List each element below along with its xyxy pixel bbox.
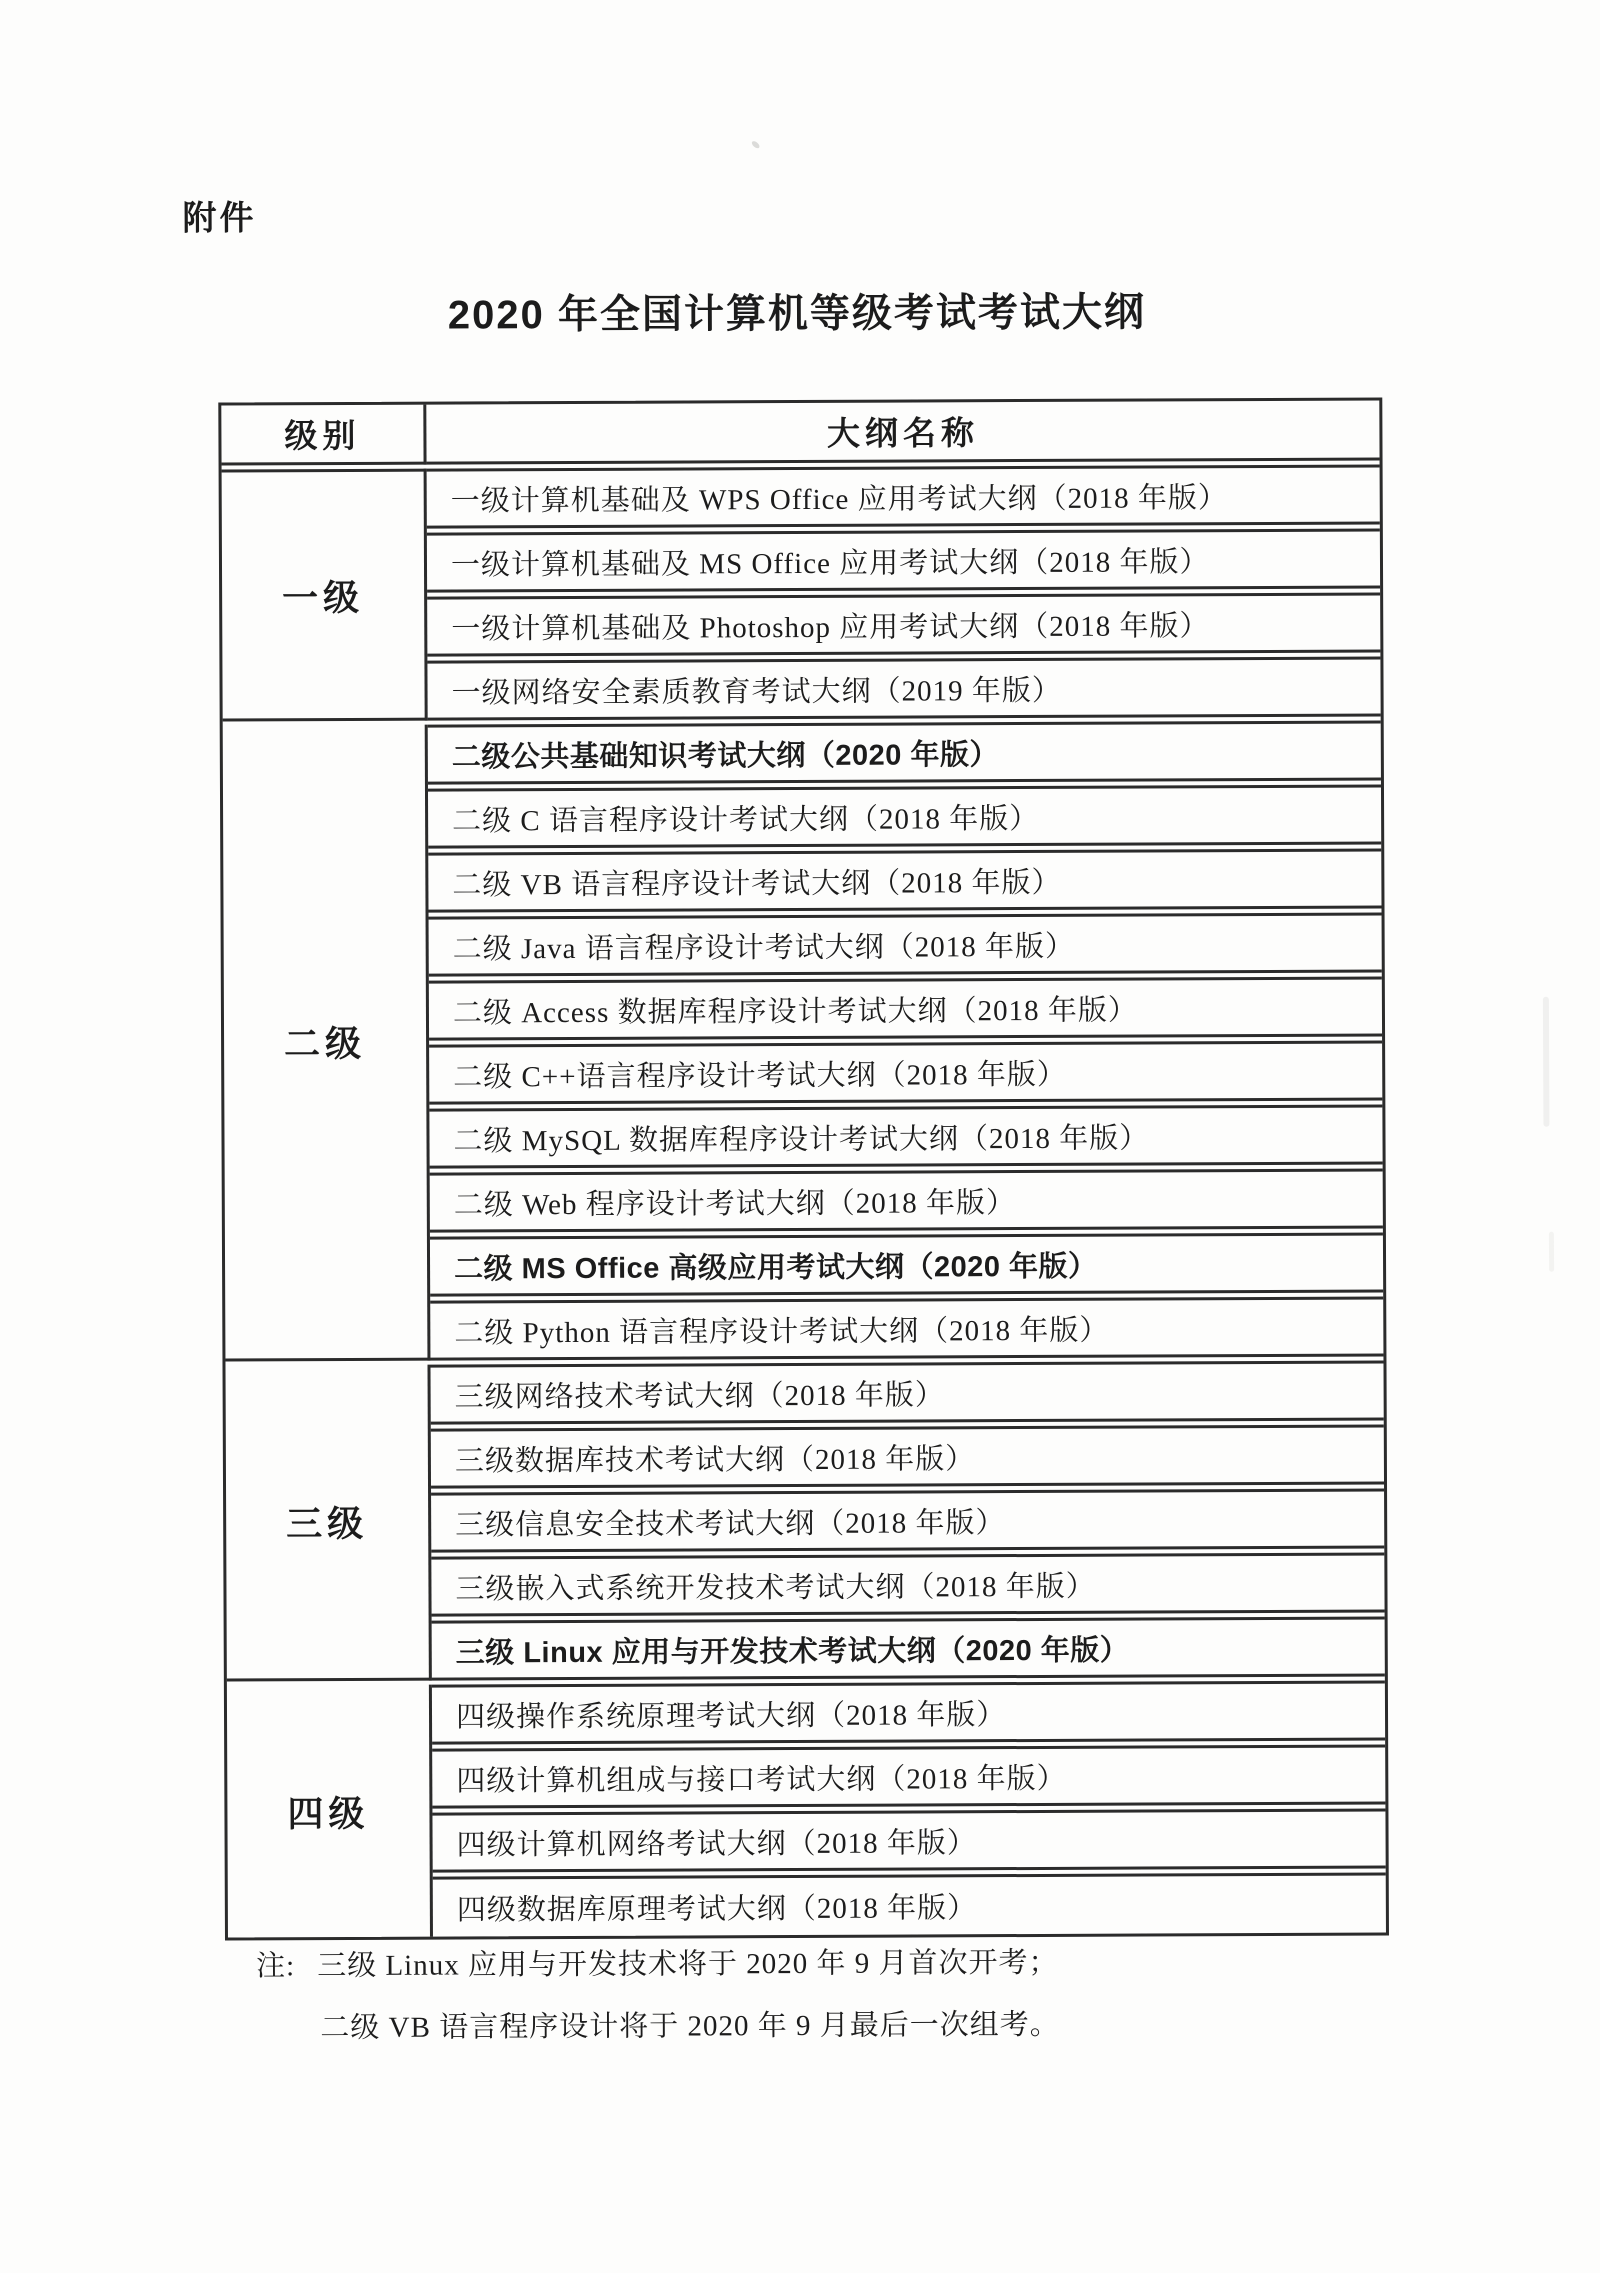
table-row: 二级 MS Office 高级应用考试大纲（2020 年版） (430, 1232, 1383, 1296)
table-row: 二级 VB 语言程序设计考试大纲（2018 年版） (428, 848, 1381, 912)
table-row: 一级网络安全素质教育考试大纲（2019 年版） (427, 656, 1380, 720)
table-row: 二级 C 语言程序设计考试大纲（2018 年版） (428, 784, 1381, 848)
table-row: 三级网络技术考试大纲（2018 年版） (430, 1360, 1383, 1424)
table-row: 一级计算机基础及 WPS Office 应用考试大纲（2018 年版） (427, 464, 1380, 528)
table-row: 一级计算机基础及 Photoshop 应用考试大纲（2018 年版） (427, 592, 1380, 656)
table-row: 三级数据库技术考试大纲（2018 年版） (431, 1424, 1384, 1488)
page-title: 2020 年全国计算机等级考试考试大纲 (0, 279, 1597, 343)
footnotes: 注:三级 Linux 应用与开发技术将于 2020 年 9 月首次开考； 二级 … (256, 1943, 1060, 2071)
table-row: 四级计算机组成与接口考试大纲（2018 年版） (432, 1744, 1385, 1808)
table-row: 四级操作系统原理考试大纲（2018 年版） (432, 1680, 1385, 1744)
scan-artifact (1543, 997, 1550, 1127)
group-label-level-3: 三级 (225, 1365, 431, 1682)
table-row: 一级计算机基础及 MS Office 应用考试大纲（2018 年版） (427, 528, 1380, 592)
syllabus-table: 级别 大纲名称 一级 一级计算机基础及 WPS Office 应用考试大纲（20… (218, 397, 1389, 1940)
table-row: 三级信息安全技术考试大纲（2018 年版） (431, 1488, 1384, 1552)
table-row: 二级 C++语言程序设计考试大纲（2018 年版） (429, 1040, 1382, 1104)
document-page: 附件 2020 年全国计算机等级考试考试大纲 级别 大纲名称 一级 一级计算机基… (0, 0, 1600, 2273)
group-label-level-1: 一级 (222, 469, 428, 722)
group-label-level-4: 四级 (227, 1685, 433, 1938)
table-row: 二级 Python 语言程序设计考试大纲（2018 年版） (430, 1296, 1383, 1360)
table-row: 四级数据库原理考试大纲（2018 年版） (433, 1872, 1386, 1936)
table-row: 二级 Java 语言程序设计考试大纲（2018 年版） (429, 912, 1382, 976)
table-row: 二级 Access 数据库程序设计考试大纲（2018 年版） (429, 976, 1382, 1040)
scan-artifact (751, 140, 761, 150)
table-row: 二级 Web 程序设计考试大纲（2018 年版） (430, 1168, 1383, 1232)
table-row: 二级公共基础知识考试大纲（2020 年版） (428, 720, 1381, 784)
footnote-line: 二级 VB 语言程序设计将于 2020 年 9 月最后一次组考。 (256, 2005, 1059, 2049)
table-row: 三级 Linux 应用与开发技术考试大纲（2020 年版） (432, 1616, 1385, 1680)
footnote-prefix: 注: (256, 1950, 295, 1982)
table-row: 二级 MySQL 数据库程序设计考试大纲（2018 年版） (429, 1104, 1382, 1168)
attachment-label: 附件 (182, 190, 256, 239)
group-label-level-2: 二级 (223, 725, 431, 1362)
scan-artifact (1549, 1232, 1554, 1272)
table-header-level: 级别 (221, 405, 426, 466)
table-row: 四级计算机网络考试大纲（2018 年版） (432, 1808, 1385, 1872)
table-header-name: 大纲名称 (426, 400, 1379, 464)
table-row: 三级嵌入式系统开发技术考试大纲（2018 年版） (431, 1552, 1384, 1616)
footnote-text: 三级 Linux 应用与开发技术将于 2020 年 9 月首次开考； (317, 1947, 1058, 1982)
footnote-line: 注:三级 Linux 应用与开发技术将于 2020 年 9 月首次开考； (256, 1943, 1059, 1987)
